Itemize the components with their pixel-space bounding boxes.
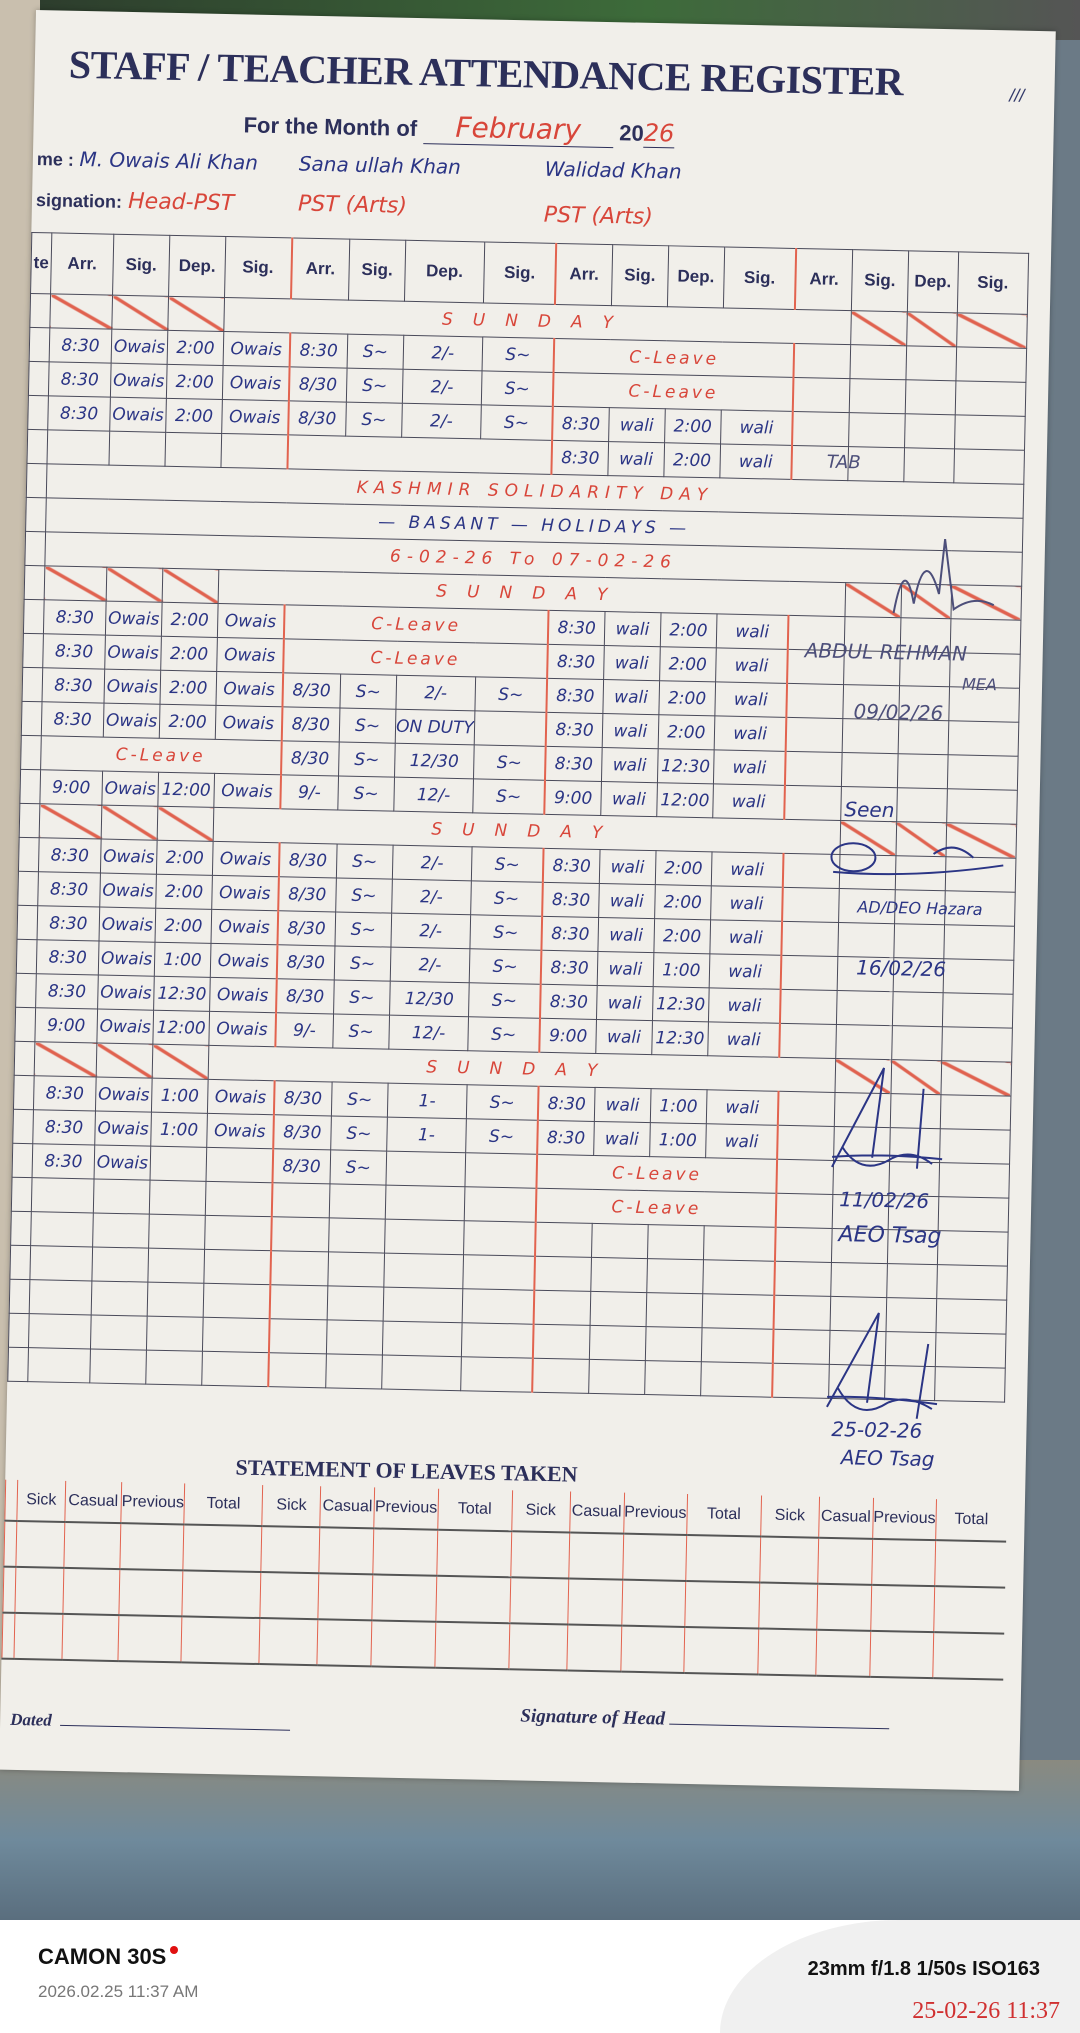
- leaves-cell: [182, 1570, 261, 1618]
- arrival-cell: [29, 1280, 92, 1315]
- signature-cell: S~: [335, 912, 392, 947]
- departure-cell: [897, 754, 948, 789]
- signature-cell: [942, 993, 1013, 1028]
- signature-cell: [329, 1218, 386, 1253]
- departure-cell: [887, 1264, 938, 1299]
- leaves-row-label: [3, 1567, 16, 1613]
- signature-cell: Owais: [104, 669, 161, 704]
- leaves-row-label: [4, 1521, 17, 1567]
- signature-cell: S~: [471, 847, 544, 883]
- leaves-cell: [933, 1632, 1004, 1679]
- leaves-cell: [183, 1524, 262, 1572]
- leaves-cell: [14, 1613, 63, 1660]
- arrival-cell: 8:30: [546, 712, 603, 747]
- signature-cell: Owais: [216, 671, 283, 706]
- name-label: me :: [37, 149, 74, 170]
- departure-cell: 2:00: [655, 851, 712, 886]
- arrival-cell: 8/30: [288, 401, 347, 436]
- arrival-cell: 8/30: [282, 673, 341, 708]
- signature-cell: Owais: [214, 773, 281, 808]
- leaves-body: [2, 1521, 1006, 1680]
- signature-cell: wali: [601, 782, 658, 817]
- leaves-cell: [871, 1539, 935, 1586]
- departure-cell: [897, 788, 948, 823]
- departure-cell: 2:00: [159, 704, 216, 739]
- signature-cell: [588, 1359, 645, 1394]
- signature-cell: [701, 1328, 774, 1364]
- arrival-cell: [782, 887, 839, 922]
- date-cell: [14, 1041, 35, 1075]
- signature-cell: [326, 1320, 383, 1355]
- leaves-cell: [817, 1538, 872, 1585]
- departure-cell: 2:00: [166, 398, 223, 433]
- signature-cell: S~: [466, 1085, 539, 1121]
- signature-cell: Owais: [222, 365, 289, 400]
- arrival-cell: [786, 717, 843, 752]
- departure-cell: 2/-: [392, 879, 472, 915]
- signature-cell: S~: [346, 368, 403, 403]
- signature-cell: wali: [708, 988, 781, 1024]
- leaves-cell: [685, 1535, 760, 1583]
- arrival-cell: 9:00: [35, 1008, 98, 1043]
- staff-designation: PST (Arts): [544, 203, 654, 230]
- struck-cell: [152, 1044, 209, 1079]
- date-cell: [27, 429, 48, 463]
- leave-col-total: Total: [184, 1483, 263, 1526]
- date-cell: [23, 599, 44, 633]
- signature-cell: wali: [706, 1090, 779, 1126]
- departure-cell: [647, 1225, 704, 1260]
- signature-cell: Owais: [209, 1011, 276, 1046]
- signature-cell: wali: [708, 1022, 781, 1058]
- leave-col-casual: Casual: [818, 1497, 873, 1539]
- arrival-cell: 8:30: [547, 644, 604, 679]
- signature-cell: Owais: [97, 1009, 154, 1044]
- arrival-cell: 8:30: [540, 984, 597, 1019]
- col-arr: Arr.: [51, 233, 114, 295]
- signature-cell: Owais: [111, 329, 168, 364]
- arrival-cell: 8:30: [43, 600, 106, 635]
- arrival-cell: 8:30: [547, 678, 604, 713]
- arrival-cell: [775, 1227, 832, 1262]
- page-title: STAFF / TEACHER ATTENDANCE REGISTER: [68, 41, 903, 105]
- initials-annotation: TAB: [826, 452, 860, 474]
- signature-cell: S~: [468, 983, 541, 1019]
- signature-cell: [221, 433, 288, 468]
- signature-cell: Owais: [211, 909, 278, 944]
- signature-cell: wali: [594, 1087, 651, 1122]
- signature-cell: [90, 1315, 147, 1350]
- register-page: STAFF / TEACHER ATTENDANCE REGISTER /// …: [0, 10, 1056, 1791]
- signature-cell: [474, 711, 547, 747]
- col-sig: Sig.: [348, 239, 405, 301]
- arrival-cell: [269, 1285, 328, 1320]
- leaves-cell: [566, 1624, 621, 1671]
- departure-cell: 1:00: [650, 1089, 707, 1124]
- departure-cell: [382, 1321, 462, 1357]
- date-cell: [13, 1075, 34, 1109]
- signature-icon: [823, 827, 1014, 891]
- departure-cell: [385, 1185, 465, 1221]
- signature-cell: Owais: [207, 1079, 274, 1114]
- arrival-cell: 8:30: [541, 950, 598, 985]
- leave-label: C-Leave: [536, 1188, 777, 1227]
- struck-cell: [101, 805, 158, 840]
- page-mark: ///: [1009, 85, 1024, 106]
- signature-cell: S~: [468, 1017, 541, 1053]
- signature-cell: S~: [339, 708, 396, 743]
- leaves-cell: [62, 1614, 119, 1661]
- departure-cell: 2:00: [160, 670, 217, 705]
- signature-cell: S~: [330, 1150, 387, 1185]
- signature-cell: [92, 1247, 149, 1282]
- signature-cell: [948, 721, 1019, 756]
- date-cell: [21, 701, 42, 735]
- col-arr: Arr.: [555, 243, 612, 305]
- arrival-cell: 8:30: [36, 974, 99, 1009]
- leave-col-sick: Sick: [760, 1496, 819, 1538]
- signature-cell: Owais: [105, 601, 162, 636]
- departure-cell: [150, 1146, 207, 1181]
- leaves-cell: [620, 1626, 684, 1673]
- leave-col-previous: Previous: [121, 1482, 185, 1524]
- signature-cell: [937, 1231, 1008, 1266]
- signature-cell: [836, 1024, 893, 1059]
- leaves-cell: [181, 1616, 260, 1664]
- signature-cell: wali: [603, 646, 660, 681]
- departure-cell: 2/-: [402, 369, 482, 405]
- leave-col-previous: Previous: [623, 1493, 687, 1535]
- signature-cell: Owais: [100, 839, 157, 874]
- arrival-cell: 8:30: [538, 1086, 595, 1121]
- signature-icon: [817, 1307, 979, 1430]
- signature-cell: [93, 1179, 150, 1214]
- signature-cell: S~: [334, 946, 391, 981]
- date-cell: [16, 973, 37, 1007]
- arrival-cell: 8:30: [36, 940, 99, 975]
- signature-cell: Owais: [102, 771, 159, 806]
- col-dep: Dep.: [169, 235, 226, 297]
- departure-cell: 12:00: [657, 783, 714, 818]
- arrival-cell: 8:30: [552, 406, 609, 441]
- signature-cell: [942, 1027, 1013, 1062]
- signature-cell: Owais: [94, 1145, 151, 1180]
- leave-col-previous: Previous: [374, 1487, 438, 1529]
- signature-cell: S~: [331, 1082, 388, 1117]
- arrival-cell: 8:30: [33, 1076, 96, 1111]
- signature-cell: S~: [465, 1119, 538, 1155]
- leaves-title: STATEMENT OF LEAVES TAKEN: [235, 1455, 578, 1488]
- departure-cell: [148, 1248, 205, 1283]
- struck-cell: [44, 566, 107, 601]
- signature-cell: [850, 345, 907, 380]
- signature-cell: Owais: [99, 907, 156, 942]
- staff-name: Sana ullah Khan: [299, 152, 462, 179]
- signature-cell: [937, 1265, 1008, 1300]
- arrival-cell: 8/30: [276, 945, 335, 980]
- date-cell: [28, 395, 49, 429]
- departure-cell: 1-: [387, 1117, 467, 1153]
- designation-label: signation:: [36, 190, 122, 212]
- signature-cell: S~: [473, 745, 546, 781]
- month-value: February: [423, 110, 614, 148]
- signature-cell: wali: [713, 750, 786, 786]
- signature-cell: Owais: [215, 705, 282, 740]
- arrival-cell: [785, 785, 842, 820]
- signature-cell: [329, 1184, 386, 1219]
- visit-date: 25-02-26: [831, 1417, 922, 1443]
- date-cell: [10, 1245, 31, 1279]
- departure-cell: 1-: [387, 1083, 467, 1119]
- signature-label: Signature of Head: [520, 1706, 665, 1730]
- date-cell: [26, 463, 47, 497]
- arrival-cell: [28, 1348, 91, 1383]
- signature-cell: Owais: [95, 1077, 152, 1112]
- visitor-title: AEO Tsag: [841, 1445, 935, 1471]
- departure-cell: 2/-: [396, 675, 476, 711]
- signature-cell: [947, 755, 1018, 790]
- signature-cell: S~: [470, 915, 543, 951]
- signature-cell: Owais: [98, 975, 155, 1010]
- arrival-cell: [780, 1023, 837, 1058]
- signature-cell: wali: [709, 954, 782, 990]
- signature-cell: [464, 1187, 537, 1223]
- departure-cell: 2:00: [658, 715, 715, 750]
- leaves-row-label: [2, 1613, 15, 1659]
- departure-cell: 12/-: [389, 1015, 469, 1051]
- arrival-cell: [271, 1217, 330, 1252]
- departure-cell: [644, 1361, 701, 1396]
- date-cell: [8, 1313, 29, 1347]
- departure-cell: 2:00: [654, 919, 711, 954]
- signature-cell: [202, 1317, 269, 1352]
- visitor-title: MEA: [962, 675, 997, 695]
- date-cell: [12, 1143, 33, 1177]
- leaves-cell: [15, 1567, 64, 1614]
- arrival-cell: [785, 751, 842, 786]
- departure-cell: 1:00: [649, 1123, 706, 1158]
- arrival-cell: [534, 1290, 591, 1325]
- signature-cell: [838, 923, 895, 958]
- leave-label: C-Leave: [41, 736, 282, 775]
- leaves-cell: [759, 1537, 818, 1584]
- arrival-cell: [270, 1251, 329, 1286]
- departure-cell: [645, 1327, 702, 1362]
- departure-cell: 2/-: [390, 947, 470, 983]
- departure-cell: 12/-: [394, 777, 474, 813]
- col-dep: Dep.: [404, 240, 484, 303]
- arrival-cell: [535, 1222, 592, 1257]
- arrival-cell: 9/-: [275, 1013, 334, 1048]
- signature-cell: [205, 1215, 272, 1250]
- camera-model-text: CAMON 30S: [38, 1944, 166, 1969]
- arrival-cell: [780, 989, 837, 1024]
- signature-cell: wali: [596, 985, 653, 1020]
- arrival-cell: [47, 430, 110, 465]
- struck-cell: [112, 295, 169, 330]
- date-cell: [22, 667, 43, 701]
- departure-cell: 2:00: [155, 908, 212, 943]
- signature-cell: S~: [482, 337, 555, 373]
- signature-cell: [90, 1349, 147, 1384]
- signature-cell: Owais: [207, 1113, 274, 1148]
- signature-icon: [822, 1057, 985, 1190]
- departure-cell: 2:00: [659, 681, 716, 716]
- struck-cell: [168, 296, 225, 331]
- signature-cell: [93, 1213, 150, 1248]
- leaves-cell: [259, 1618, 318, 1665]
- staff-designation: Head-PST: [128, 189, 235, 216]
- leaves-table: SickCasualPreviousTotalSickCasualPreviou…: [1, 1480, 1006, 1681]
- signature-cell: [848, 413, 905, 448]
- signature-cell: [702, 1294, 775, 1330]
- arrival-cell: 8:30: [545, 746, 602, 781]
- col-sig: Sig.: [851, 250, 908, 312]
- leaves-cell: [261, 1526, 320, 1573]
- arrival-cell: 9:00: [40, 770, 103, 805]
- signature-cell: [591, 1223, 648, 1258]
- arrival-cell: [794, 343, 851, 378]
- signature-cell: [938, 1197, 1009, 1232]
- arrival-cell: [787, 683, 844, 718]
- staff-name: Walidad Khan: [545, 157, 682, 184]
- signature-cell: wali: [596, 1019, 653, 1054]
- signature-cell: Owais: [210, 977, 277, 1012]
- leave-label: C-Leave: [554, 338, 795, 377]
- arrival-cell: 8/30: [288, 367, 347, 402]
- struck-cell: [34, 1042, 97, 1077]
- arrival-cell: 9:00: [540, 1018, 597, 1053]
- leaves-cell: [622, 1534, 686, 1581]
- arrival-cell: [31, 1212, 94, 1247]
- signature-cell: [836, 990, 893, 1025]
- arrival-cell: 8/30: [278, 843, 337, 878]
- signature-cell: wali: [715, 648, 788, 684]
- staff-designation: PST (Arts): [298, 192, 408, 219]
- leave-col-sick: Sick: [262, 1485, 321, 1527]
- departure-cell: 1:00: [154, 942, 211, 977]
- departure-cell: 1:00: [151, 1112, 208, 1147]
- leaves-cell: [64, 1522, 121, 1569]
- staff-header-2: Sana ullah Khan PST (Arts): [293, 145, 537, 242]
- date-cell: [18, 837, 39, 871]
- signature-cell: [954, 415, 1025, 450]
- leaves-cell: [621, 1580, 685, 1627]
- signature-cell: [326, 1354, 383, 1389]
- leave-label: C-Leave: [537, 1154, 778, 1193]
- staff-header-1: me : M. Owais Ali Khan signation: Head-P…: [31, 140, 291, 237]
- date-cell: [28, 361, 49, 395]
- signature-cell: wali: [715, 682, 788, 718]
- leave-label: C-Leave: [283, 605, 548, 645]
- signature-cell: [849, 379, 906, 414]
- year-value: 26: [643, 119, 674, 149]
- signature-cell: Owais: [103, 703, 160, 738]
- signature-cell: [954, 449, 1025, 484]
- signature-cell: Owais: [95, 1111, 152, 1146]
- leaves-cell: [372, 1574, 436, 1621]
- row-label-header: [5, 1480, 18, 1521]
- struck-cell: [956, 313, 1027, 348]
- signature-cell: S~: [347, 334, 404, 369]
- signature-cell: Owais: [110, 363, 167, 398]
- arrival-cell: [782, 921, 839, 956]
- arrival-cell: [781, 955, 838, 990]
- signature-cell: [327, 1286, 384, 1321]
- staff-name: M. Owais Ali Khan: [79, 147, 258, 175]
- arrival-cell: [792, 411, 849, 446]
- struck-cell: [157, 806, 214, 841]
- leaves-cell: [509, 1577, 568, 1624]
- leaves-cell: [567, 1578, 622, 1625]
- date-cell: [16, 939, 37, 973]
- signature-cell: [463, 1221, 536, 1257]
- arrival-cell: 8:30: [41, 702, 104, 737]
- departure-cell: 2:00: [659, 647, 716, 682]
- arrival-cell: 8/30: [273, 1081, 332, 1116]
- departure-cell: [385, 1219, 465, 1255]
- departure-cell: [383, 1287, 463, 1323]
- signature-cell: wali: [720, 444, 793, 480]
- leaves-cell: [318, 1573, 373, 1620]
- signature-cell: [590, 1291, 647, 1326]
- signature-cell: Owais: [212, 875, 279, 910]
- signature-cell: [205, 1181, 272, 1216]
- date-cell: [25, 531, 46, 565]
- signature-cell: wali: [608, 442, 665, 477]
- arrival-cell: 9:00: [545, 780, 602, 815]
- leaves-cell: [260, 1572, 319, 1619]
- visitor-title: AD/DEO Hazara: [857, 897, 983, 919]
- signature-cell: S~: [338, 776, 395, 811]
- leaves-cell: [118, 1615, 182, 1662]
- arrival-cell: [775, 1261, 832, 1296]
- signature-cell: wali: [711, 852, 784, 888]
- departure-cell: 2:00: [664, 443, 721, 478]
- signature-cell: [91, 1281, 148, 1316]
- date-cell: [26, 497, 47, 531]
- visit-date: 11/02/26: [839, 1187, 929, 1213]
- signature-cell: [202, 1351, 269, 1386]
- struck-cell: [39, 804, 102, 839]
- departure-cell: [906, 346, 957, 381]
- leave-col-casual: Casual: [65, 1481, 122, 1523]
- col-sig: Sig.: [611, 245, 668, 307]
- record-dot-icon: [170, 1946, 178, 1954]
- visit-date: 09/02/26: [853, 699, 943, 725]
- leaves-cell: [63, 1568, 120, 1615]
- departure-cell: 2:00: [156, 840, 213, 875]
- signature-cell: S~: [331, 1116, 388, 1151]
- departure-cell: [892, 1026, 943, 1061]
- staff-header-3: Walidad Khan PST (Arts): [539, 151, 777, 248]
- signature-cell: [841, 753, 898, 788]
- arrival-cell: [28, 1314, 91, 1349]
- struck-cell: [106, 567, 163, 602]
- leaves-cell: [435, 1576, 510, 1624]
- departure-cell: 12:00: [153, 1010, 210, 1045]
- signature-cell: S~: [473, 779, 546, 815]
- signature-cell: wali: [720, 410, 793, 446]
- leave-col-total: Total: [936, 1499, 1007, 1541]
- date-header: te: [31, 232, 52, 293]
- departure-cell: [905, 380, 956, 415]
- signature-cell: wali: [710, 886, 783, 922]
- departure-cell: [904, 448, 955, 483]
- departure-cell: [894, 924, 945, 959]
- visitor-name: ABDUL REHMAN: [805, 638, 968, 665]
- departure-cell: 12:30: [154, 976, 211, 1011]
